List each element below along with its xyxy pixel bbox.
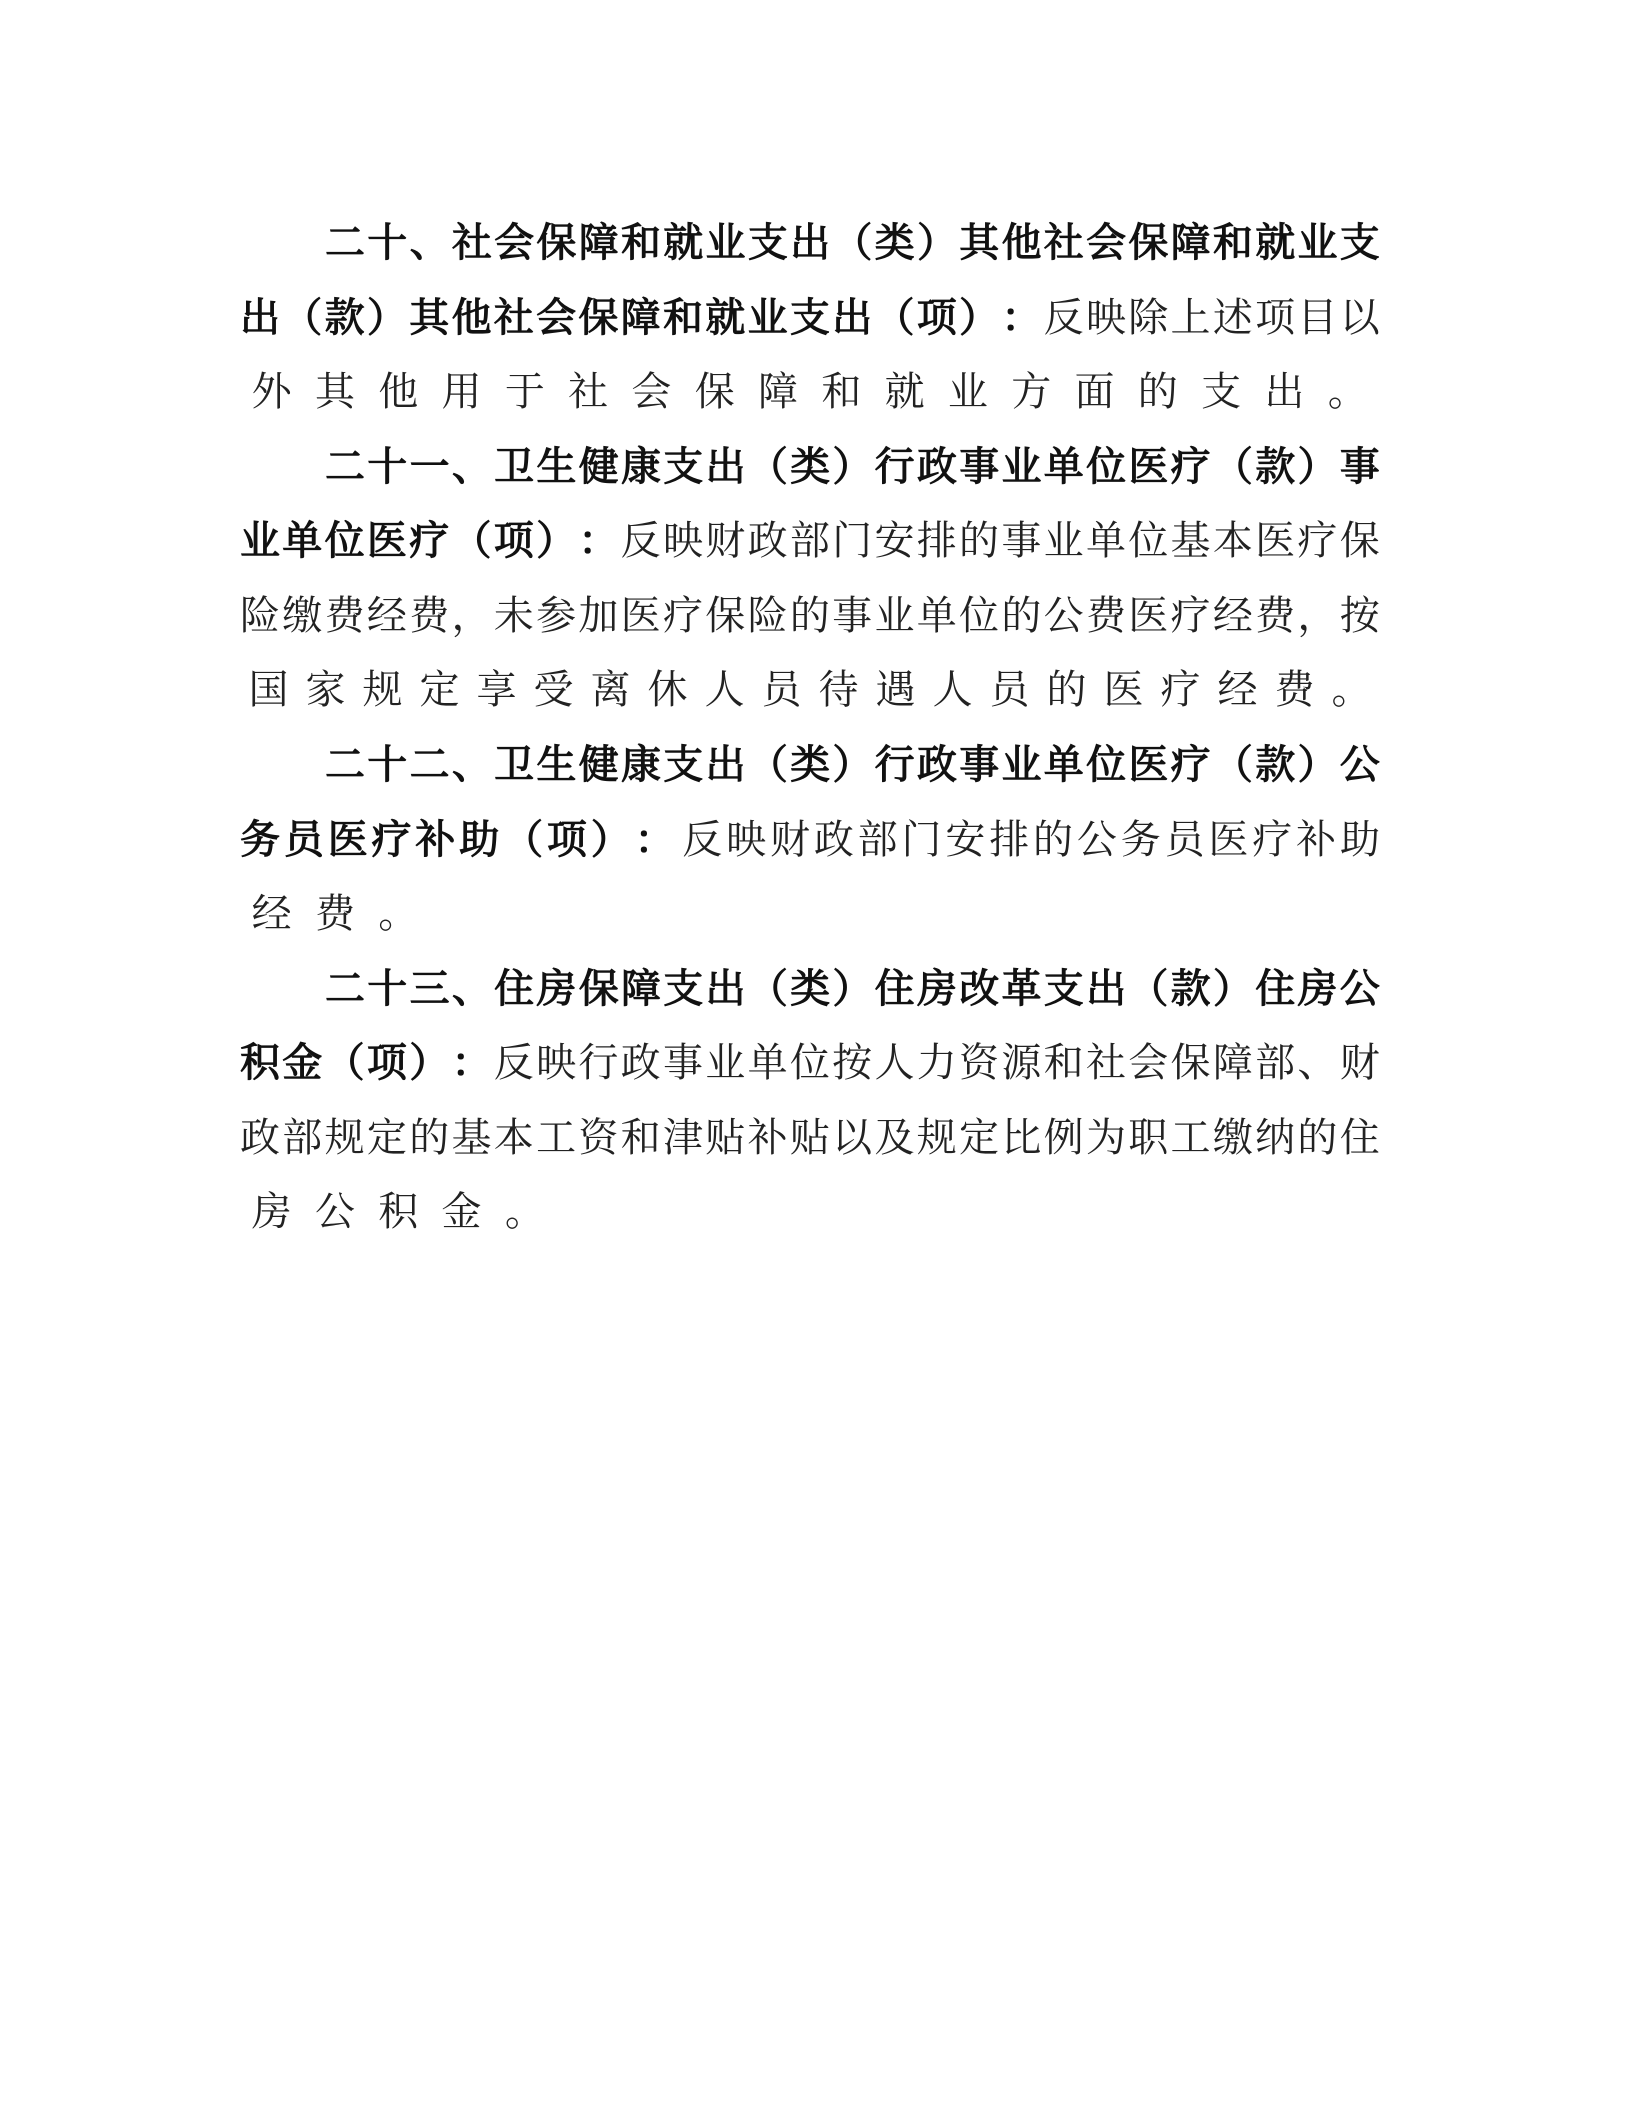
document-page: 二十、社会保障和就业支出（类）其他社会保障和就业支出（款）其他社会保障和就业支出… (0, 0, 1632, 2112)
text-line: 经费。 (240, 884, 1380, 944)
text-line: 政部规定的基本工资和津贴补贴以及规定比例为职工缴纳的住 (240, 1108, 1380, 1168)
text-line: 外其他用于社会保障和就业方面的支出。 (240, 362, 1380, 422)
text-line: 务员医疗补助（项）： 反映财政部门安排的公务员医疗补助 (240, 810, 1380, 870)
text-line: 二十、社会保障和就业支出（类）其他社会保障和就业支 (325, 213, 1380, 273)
text-line: 险缴费经费，未参加医疗保险的事业单位的公费医疗经费，按 (240, 586, 1380, 646)
text-line: 业单位医疗（项）：反映财政部门安排的事业单位基本医疗保 (240, 511, 1380, 571)
text-line: 二十三、住房保障支出（类）住房改革支出（款）住房公 (325, 959, 1380, 1019)
text-line: 国家规定享受离休人员待遇人员的医疗经费。 (240, 660, 1380, 720)
text-line: 积金（项）：反映行政事业单位按人力资源和社会保障部、财 (240, 1033, 1380, 1093)
text-line: 房公积金。 (240, 1182, 1380, 1242)
text-line: 二十二、卫生健康支出（类）行政事业单位医疗（款）公 (325, 735, 1380, 795)
text-line: 出（款）其他社会保障和就业支出（项）：反映除上述项目以 (240, 288, 1380, 348)
text-line: 二十一、卫生健康支出（类）行政事业单位医疗（款）事 (325, 437, 1380, 497)
